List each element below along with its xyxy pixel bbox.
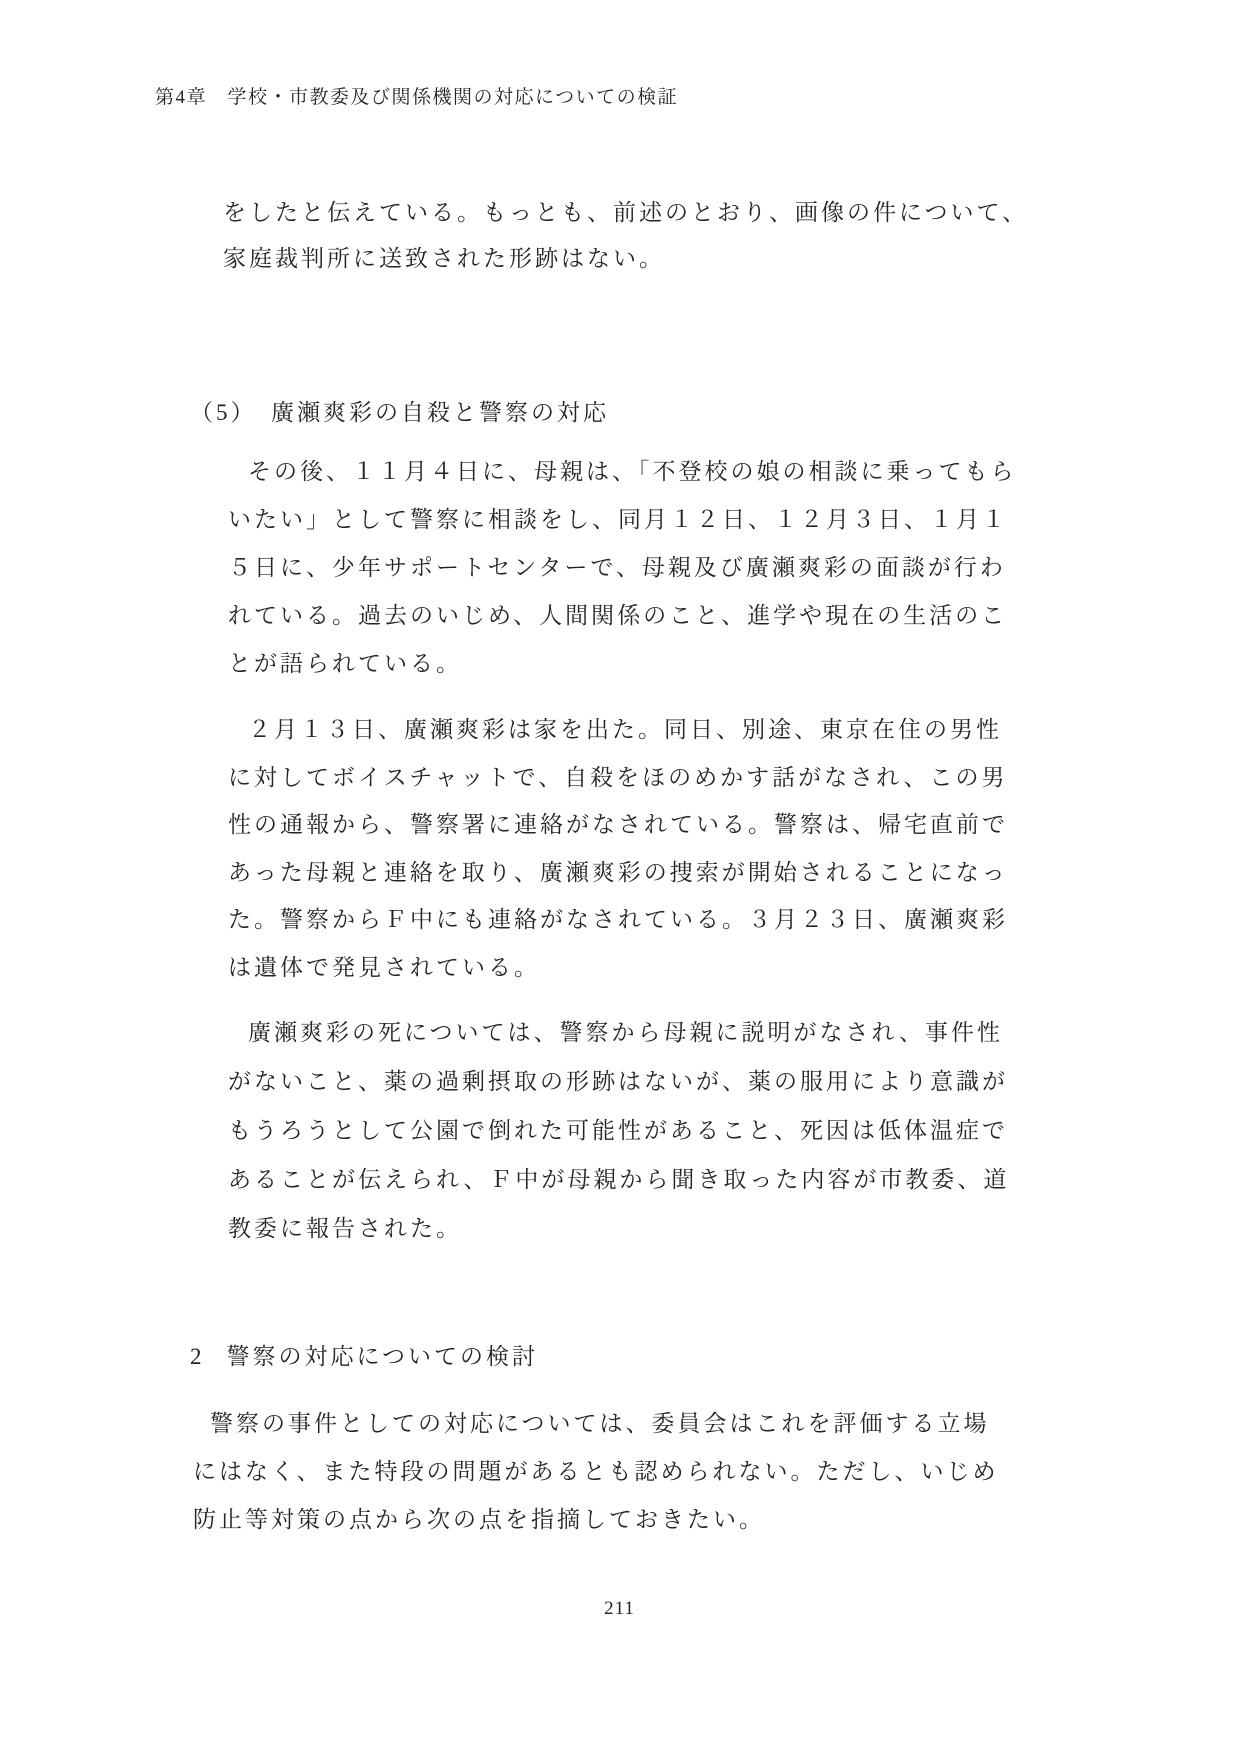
- paragraph-line: 警察の事件としての対応については、委員会はこれを評価する立場: [193, 1400, 999, 1448]
- paragraph-line: とが語られている。: [228, 640, 1017, 688]
- paragraph-line: た。警察からＦ中にも連絡がなされている。３月２３日、廣瀬爽彩: [228, 896, 1008, 944]
- paragraph-line: ５日に、少年サポートセンターで、母親及び廣瀬爽彩の面談が行わ: [228, 544, 1017, 592]
- section5-paragraph-2: ２月１３日、廣瀬爽彩は家を出た。同日、別途、東京在住の男性 に対してボイスチャッ…: [228, 706, 1008, 991]
- paragraph-line: あることが伝えられ、Ｆ中が母親から聞き取った内容が市教委、道: [228, 1155, 1009, 1204]
- intro-line: をしたと伝えている。もっとも、前述のとおり、画像の件について、: [223, 190, 1028, 236]
- paragraph-line: にはなく、また特段の問題があるとも認められない。ただし、いじめ: [193, 1448, 999, 1496]
- paragraph-line: 教委に報告された。: [228, 1204, 1009, 1253]
- section2-heading-number: 2: [190, 1344, 205, 1370]
- section5-heading: （5） 廣瀬爽彩の自殺と警察の対応: [190, 394, 609, 427]
- section2-heading: 2警察の対応についての検討: [190, 1338, 538, 1371]
- paragraph-line: れている。過去のいじめ、人間関係のこと、進学や現在の生活のこ: [228, 592, 1017, 640]
- intro-paragraph: をしたと伝えている。もっとも、前述のとおり、画像の件について、 家庭裁判所に送致…: [223, 190, 1028, 282]
- paragraph-line: もうろうとして公園で倒れた可能性があること、死因は低体温症で: [228, 1106, 1009, 1155]
- chapter-header: 第4章 学校・市教委及び関係機関の対応についての検証: [155, 82, 678, 109]
- paragraph-line: その後、１１月４日に、母親は、「不登校の娘の相談に乗ってもら: [228, 448, 1017, 496]
- paragraph-line: いたい」として警察に相談をし、同月１２日、１２月３日、１月１: [228, 496, 1017, 544]
- section2-heading-text: 警察の対応についての検討: [227, 1344, 539, 1369]
- section5-paragraph-3: 廣瀬爽彩の死については、警察から母親に説明がなされ、事件性 がないこと、薬の過剰…: [228, 1008, 1009, 1253]
- section5-paragraph-1: その後、１１月４日に、母親は、「不登校の娘の相談に乗ってもら いたい」として警察…: [228, 448, 1017, 688]
- paragraph-line: ２月１３日、廣瀬爽彩は家を出た。同日、別途、東京在住の男性: [228, 706, 1008, 754]
- section2-paragraph: 警察の事件としての対応については、委員会はこれを評価する立場 にはなく、また特段…: [193, 1400, 999, 1544]
- paragraph-line: あった母親と連絡を取り、廣瀬爽彩の捜索が開始されることになっ: [228, 849, 1008, 897]
- paragraph-line: 廣瀬爽彩の死については、警察から母親に説明がなされ、事件性: [228, 1008, 1009, 1057]
- page-number: 211: [0, 1598, 1239, 1620]
- paragraph-line: がないこと、薬の過剰摂取の形跡はないが、薬の服用により意識が: [228, 1057, 1009, 1106]
- paragraph-line: に対してボイスチャットで、自殺をほのめかす話がなされ、この男: [228, 754, 1008, 802]
- paragraph-line: 防止等対策の点から次の点を指摘しておきたい。: [193, 1496, 999, 1544]
- intro-line: 家庭裁判所に送致された形跡はない。: [223, 236, 1028, 282]
- document-page: 第4章 学校・市教委及び関係機関の対応についての検証 をしたと伝えている。もっと…: [0, 0, 1239, 1754]
- paragraph-line: 性の通報から、警察署に連絡がなされている。警察は、帰宅直前で: [228, 801, 1008, 849]
- paragraph-line: は遺体で発見されている。: [228, 944, 1008, 992]
